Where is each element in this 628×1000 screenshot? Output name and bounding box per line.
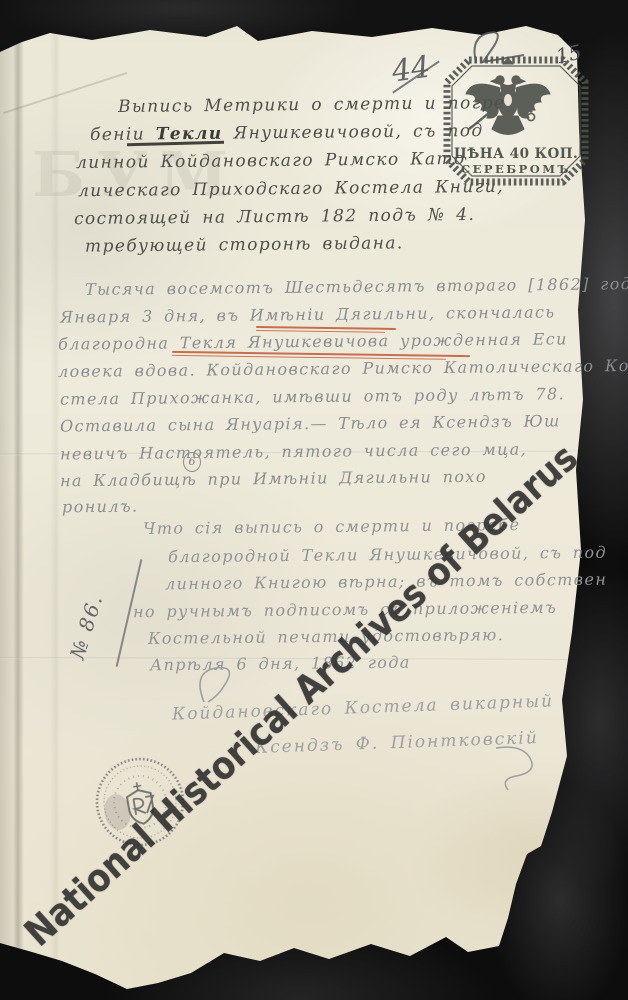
handwritten-line: ронилъ. [62, 497, 139, 517]
pencil-flourish-mark [468, 26, 532, 74]
line-text: Янушкевичовой, съ под [223, 121, 484, 144]
handwritten-line: состоящей на Листѣ 182 подъ № 4. [74, 205, 475, 229]
pen-flourish [190, 662, 260, 706]
handwritten-line: беніи Текли Янушкевичовой, съ под [90, 121, 484, 145]
handwritten-line: линной Койдановскаго Римско Като [76, 149, 466, 173]
signature-swash [492, 742, 548, 794]
handwritten-line: Выпись Метрики о смерти и погре [118, 93, 506, 117]
handwritten-line: требующей сторонѣ выдана. [85, 233, 404, 256]
archival-photo: БУМ ЦѢНА 40 К [0, 0, 628, 1000]
